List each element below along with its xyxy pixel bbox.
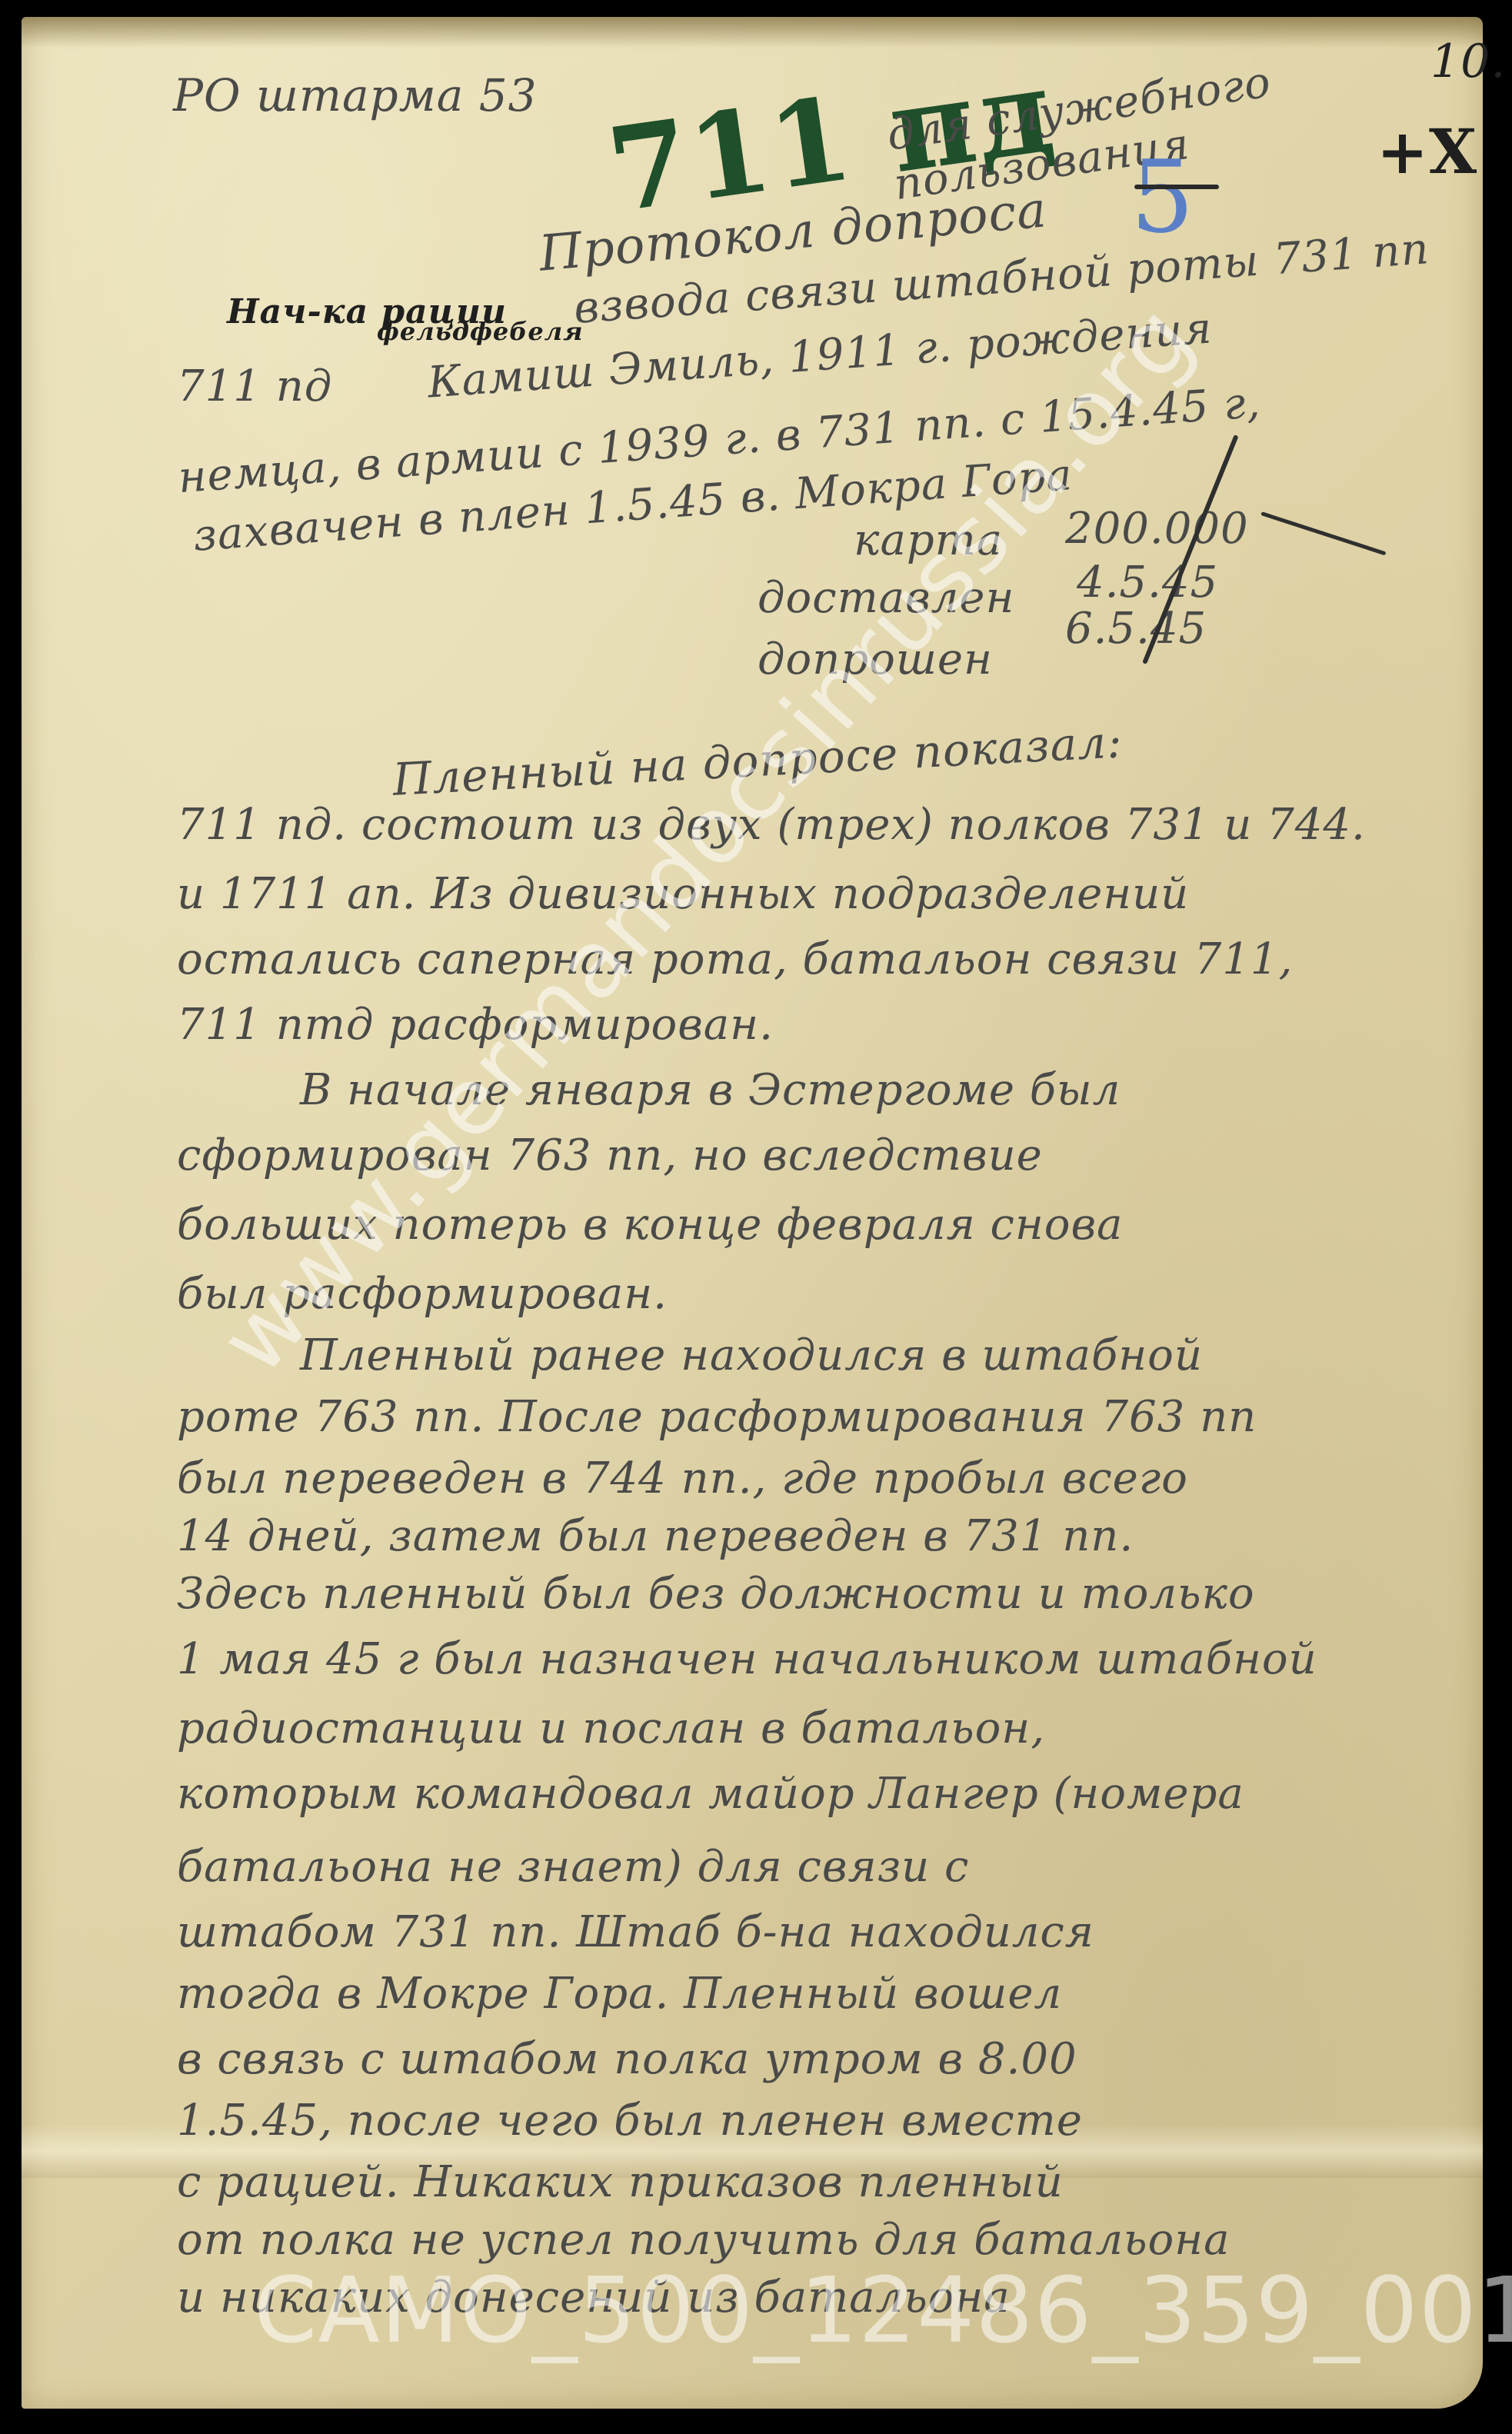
body-line: остались саперная рота, батальон связи 7…	[177, 934, 1293, 984]
body-line: 1.5.45, после чего был пленен вместе	[177, 2096, 1083, 2146]
body-line: роте 763 пп. После расформирования 763 п…	[177, 1392, 1257, 1442]
body-line: 1 мая 45 г был назначен начальником штаб…	[177, 1634, 1317, 1684]
body-line: штабом 731 пп. Штаб б-на находился	[177, 1907, 1094, 1957]
body-line: Здесь пленный был без должности и только	[177, 1569, 1255, 1619]
body-line: в связь с штабом полка утром в 8.00	[177, 2034, 1077, 2084]
body-line: радиостанции и послан в батальон,	[177, 1703, 1045, 1753]
body-line: с рацией. Никаких приказов пленный	[177, 2157, 1064, 2207]
rank-insert: фельдфебеля	[377, 317, 584, 346]
body-line: был переведен в 744 пп., где пробыл всег…	[177, 1453, 1188, 1503]
body-line: тогда в Мокре Гора. Пленный вошел	[177, 1969, 1062, 2019]
body-line: батальона не знает) для связи с	[177, 1842, 969, 1892]
body-line: которым командовал майор Лангер (номера	[177, 1769, 1244, 1819]
blue-pencil-mark: 5	[1131, 138, 1195, 255]
body-line: Пленный ранее находился в штабной	[300, 1330, 1203, 1380]
meta-map-value: 200.000	[1065, 504, 1249, 554]
corner-mark: +Х	[1377, 115, 1477, 188]
department-header: РО штарма 53	[173, 69, 538, 122]
ink-dash	[1134, 185, 1219, 189]
body-line: сформирован 763 пп, но вследствие	[177, 1130, 1043, 1180]
archive-code-watermark: CAMO_500_12486_359_0010	[254, 2257, 1512, 2363]
body-line: 14 дней, затем был переведен в 731 пп.	[177, 1511, 1134, 1561]
meta-delivered-value: 4.5.45	[1077, 558, 1218, 608]
sheet-number: 10.	[1430, 35, 1506, 88]
meta-interrogated-value: 6.5.45	[1065, 604, 1207, 654]
subject-line-2-prefix: 711 пд	[177, 361, 332, 411]
